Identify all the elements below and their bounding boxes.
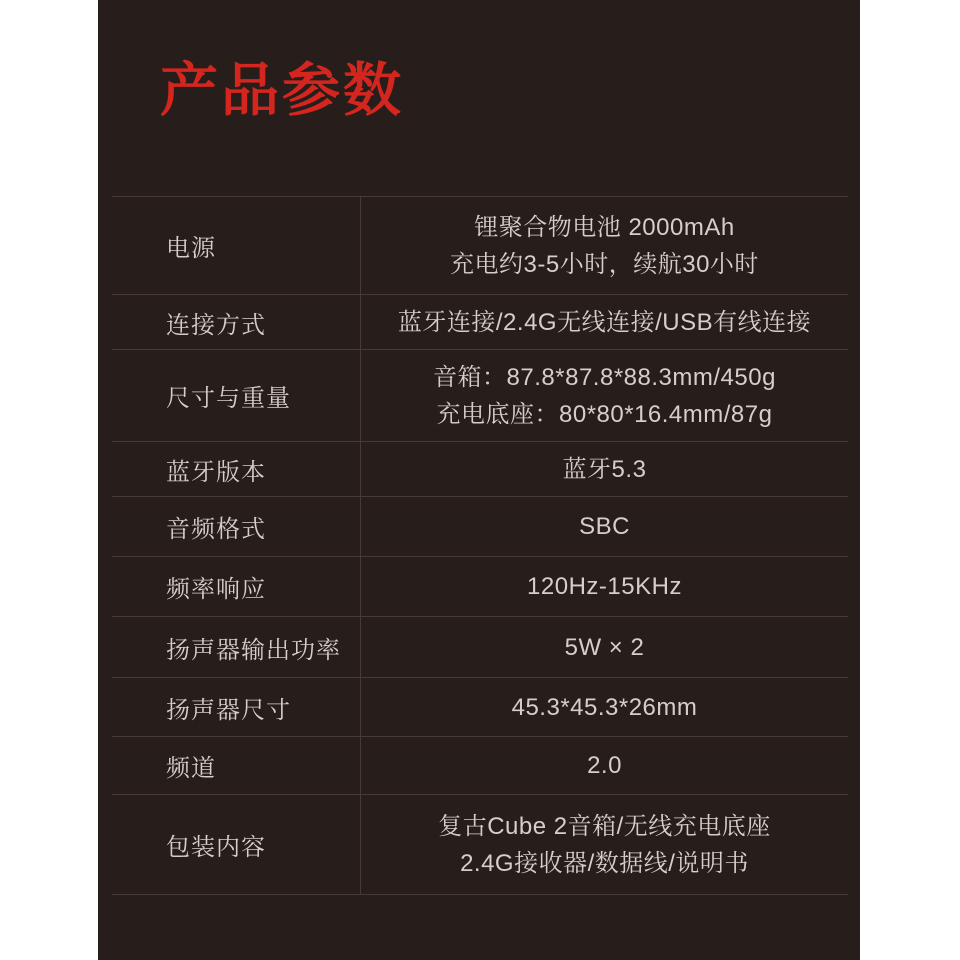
spec-row-size-weight: 尺寸与重量 音箱：87.8*87.8*88.3mm/450g 充电底座：80*8… [112,350,848,442]
spec-label: 尺寸与重量 [112,350,361,441]
spec-label: 连接方式 [112,295,361,349]
spec-value: 蓝牙5.3 [361,442,848,496]
spec-row-audio-format: 音频格式 SBC [112,497,848,557]
spec-value: 音箱：87.8*87.8*88.3mm/450g 充电底座：80*80*16.4… [361,350,848,441]
page-title: 产品参数 [160,56,404,126]
spec-value-line: 锂聚合物电池 2000mAh [474,209,734,246]
spec-value: 蓝牙连接/2.4G无线连接/USB有线连接 [361,295,848,349]
spec-value-line: 45.3*45.3*26mm [512,689,698,726]
spec-value-line: 音箱：87.8*87.8*88.3mm/450g [433,359,776,396]
spec-value-line: 蓝牙连接/2.4G无线连接/USB有线连接 [398,304,811,341]
spec-row-bluetooth-version: 蓝牙版本 蓝牙5.3 [112,442,848,497]
spec-table: 电源 锂聚合物电池 2000mAh 充电约3-5小时，续航30小时 连接方式 蓝… [112,196,848,895]
spec-value-line: 2.0 [587,747,622,784]
spec-value-line: 蓝牙5.3 [563,451,647,488]
spec-row-connection: 连接方式 蓝牙连接/2.4G无线连接/USB有线连接 [112,295,848,350]
spec-label: 扬声器输出功率 [112,617,361,677]
spec-value: 5W × 2 [361,617,848,677]
spec-row-speaker-output-power: 扬声器输出功率 5W × 2 [112,617,848,678]
spec-row-package-contents: 包装内容 复古Cube 2音箱/无线充电底座 2.4G接收器/数据线/说明书 [112,795,848,895]
spec-row-power: 电源 锂聚合物电池 2000mAh 充电约3-5小时，续航30小时 [112,196,848,295]
spec-value-line: 充电约3-5小时，续航30小时 [450,246,759,283]
spec-label: 蓝牙版本 [112,442,361,496]
spec-value-line: 2.4G接收器/数据线/说明书 [460,845,749,882]
spec-value-line: 充电底座：80*80*16.4mm/87g [437,396,773,433]
spec-value-line: 120Hz-15KHz [527,568,682,605]
spec-value-line: 复古Cube 2音箱/无线充电底座 [438,808,771,845]
spec-value: 2.0 [361,737,848,794]
spec-label: 音频格式 [112,497,361,556]
spec-value-line: 5W × 2 [565,629,645,666]
spec-value: SBC [361,497,848,556]
spec-row-speaker-size: 扬声器尺寸 45.3*45.3*26mm [112,678,848,737]
spec-label: 频道 [112,737,361,794]
spec-label: 扬声器尺寸 [112,678,361,736]
spec-row-channel: 频道 2.0 [112,737,848,795]
spec-label: 电源 [112,197,361,294]
spec-value: 45.3*45.3*26mm [361,678,848,736]
spec-row-frequency-response: 频率响应 120Hz-15KHz [112,557,848,617]
product-spec-panel: 产品参数 电源 锂聚合物电池 2000mAh 充电约3-5小时，续航30小时 连… [98,0,860,960]
spec-label: 包装内容 [112,795,361,894]
spec-value: 锂聚合物电池 2000mAh 充电约3-5小时，续航30小时 [361,197,848,294]
spec-label: 频率响应 [112,557,361,616]
spec-value: 120Hz-15KHz [361,557,848,616]
spec-value: 复古Cube 2音箱/无线充电底座 2.4G接收器/数据线/说明书 [361,795,848,894]
spec-value-line: SBC [579,508,630,545]
